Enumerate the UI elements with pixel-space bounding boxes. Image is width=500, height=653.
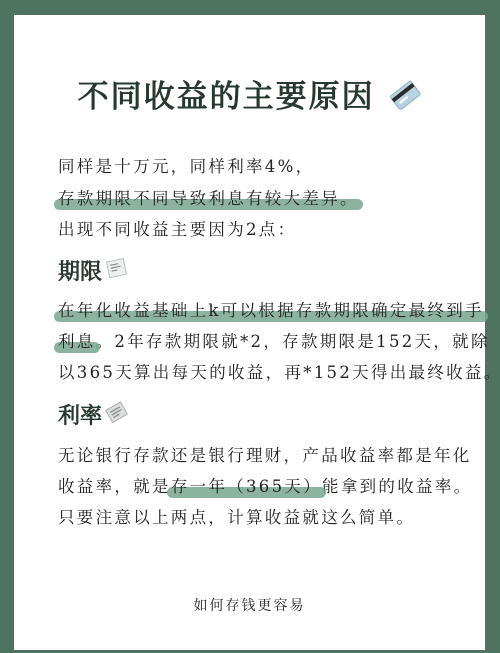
term-line-1: 在年化收益基础上k可以根据存款期限确定最终到手 bbox=[58, 297, 484, 321]
credit-card-icon bbox=[389, 80, 421, 118]
document-icon bbox=[105, 257, 129, 285]
highlighted-text: 存款期限不同导致利息有较大差异。 bbox=[58, 189, 359, 208]
line-text: 收益率，就是 bbox=[58, 477, 171, 496]
page-title: 不同收益的主要原因 bbox=[14, 71, 485, 118]
line-text: 。2年存款期限就*2，存款期限是152天，就除 bbox=[96, 332, 490, 351]
intro-line-2: 存款期限不同导致利息有较大差异。 bbox=[58, 185, 359, 209]
intro-line-3: 出现不同收益主要因为2点： bbox=[58, 216, 296, 240]
line-text: 能拿到的收益率。 bbox=[322, 477, 472, 496]
section-heading-rate: 利率 bbox=[58, 399, 129, 430]
footer-caption: 如何存钱更容易 bbox=[14, 595, 485, 615]
rate-line-2: 收益率，就是存一年（365天）能拿到的收益率。 bbox=[58, 473, 472, 497]
highlighted-text: 在年化收益基础上k可以根据存款期限确定最终到手 bbox=[58, 301, 484, 320]
rate-line-3: 只要注意以上两点，计算收益就这么简单。 bbox=[58, 504, 415, 528]
section-heading-text: 利率 bbox=[58, 399, 102, 430]
content-card: 不同收益的主要原因 同样是十万元，同样利率4%， 存款期限不同导致利息有较大差异… bbox=[14, 15, 485, 650]
highlighted-text: 存一年（365天） bbox=[171, 477, 322, 496]
newspaper-icon bbox=[105, 401, 129, 429]
section-heading-term: 期限 bbox=[58, 255, 129, 286]
section-heading-text: 期限 bbox=[58, 255, 102, 286]
term-line-2: 利息。2年存款期限就*2，存款期限是152天，就除 bbox=[58, 328, 490, 352]
highlighted-text: 利息 bbox=[58, 332, 96, 351]
term-line-3: 以365天算出每天的收益，再*152天得出最终收益。 bbox=[58, 359, 500, 383]
intro-line-1: 同样是十万元，同样利率4%， bbox=[58, 153, 314, 177]
rate-line-1: 无论银行存款还是银行理财，产品收益率都是年化 bbox=[58, 442, 472, 466]
title-text: 不同收益的主要原因 bbox=[78, 79, 375, 115]
